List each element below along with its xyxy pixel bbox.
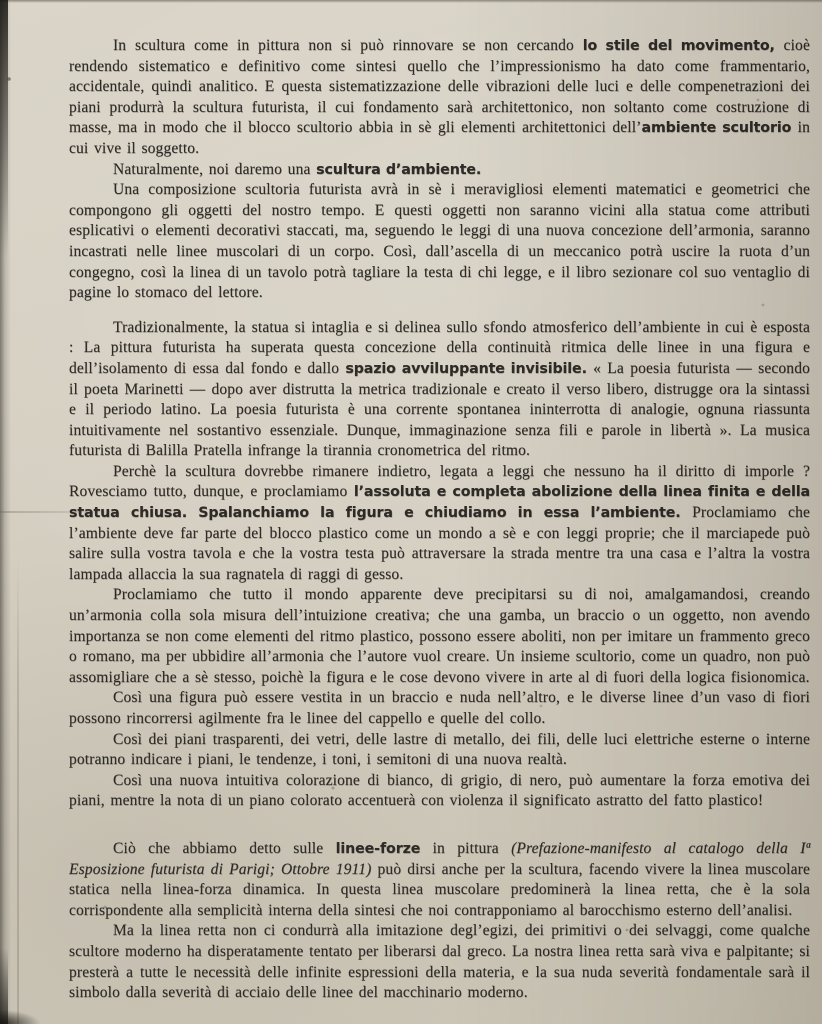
text-run: Naturalmente, noi daremo una: [113, 161, 316, 178]
bold-run: ambiente scultorio: [642, 120, 792, 136]
paragraph: Una composizione scultoria futurista avr…: [69, 180, 810, 304]
text-run: Proclamiamo che tutto il mondo apparente…: [69, 586, 810, 685]
paragraph: In scultura come in pittura non si può r…: [69, 36, 810, 160]
text-block: Ciò che abbiamo detto sulle linee-forze …: [69, 839, 810, 1004]
paragraph: Proclamiamo che tutto il mondo apparente…: [69, 585, 810, 688]
text-run: Così una nuova intuitiva colorazione di …: [69, 772, 810, 810]
text-block: Tradizionalmente, la statua si intaglia …: [69, 318, 810, 812]
paragraph: Ciò che abbiamo detto sulle linee-forze …: [69, 839, 810, 921]
paragraph: Naturalmente, noi daremo una scultura d’…: [69, 160, 810, 181]
text-run: Così una figura può essere vestita in un…: [69, 689, 810, 727]
bold-run: scultura d’ambiente.: [316, 162, 481, 178]
text-column: In scultura come in pittura non si può r…: [69, 36, 810, 1004]
bold-run: lo stile del movimento,: [583, 38, 775, 54]
paragraph: Così una nuova intuitiva colorazione di …: [69, 771, 810, 812]
paragraph: Tradizionalmente, la statua si intaglia …: [69, 318, 810, 462]
text-run: in pittura: [420, 840, 511, 857]
paper-specks: [0, 0, 2, 2]
text-run: Ma la linea retta non ci condurrà alla i…: [69, 922, 810, 1001]
vertical-crease: [17, 556, 19, 1024]
text-run: Così dei piani trasparenti, dei vetri, d…: [69, 731, 810, 769]
corner-scan-mark: [0, 1010, 40, 1024]
paragraph: Perchè la scultura dovrebbe rimanere ind…: [69, 462, 810, 586]
text-run: Ciò che abbiamo detto sulle: [113, 840, 336, 857]
text-run: Una composizione scultoria futurista avr…: [69, 181, 810, 301]
bold-run: spazio avviluppante invisibile.: [345, 361, 586, 377]
text-block: In scultura come in pittura non si può r…: [69, 36, 810, 304]
paragraph: Così dei piani trasparenti, dei vetri, d…: [69, 730, 810, 771]
scanned-manifesto-page: In scultura come in pittura non si può r…: [0, 0, 822, 1024]
scan-edge-top: [0, 0, 822, 3]
bold-run: linee-forze: [336, 841, 421, 857]
paragraph: Ma la linea retta non ci condurrà alla i…: [69, 921, 810, 1003]
paragraph: Così una figura può essere vestita in un…: [69, 688, 810, 729]
text-run: In scultura come in pittura non si può r…: [113, 37, 583, 54]
